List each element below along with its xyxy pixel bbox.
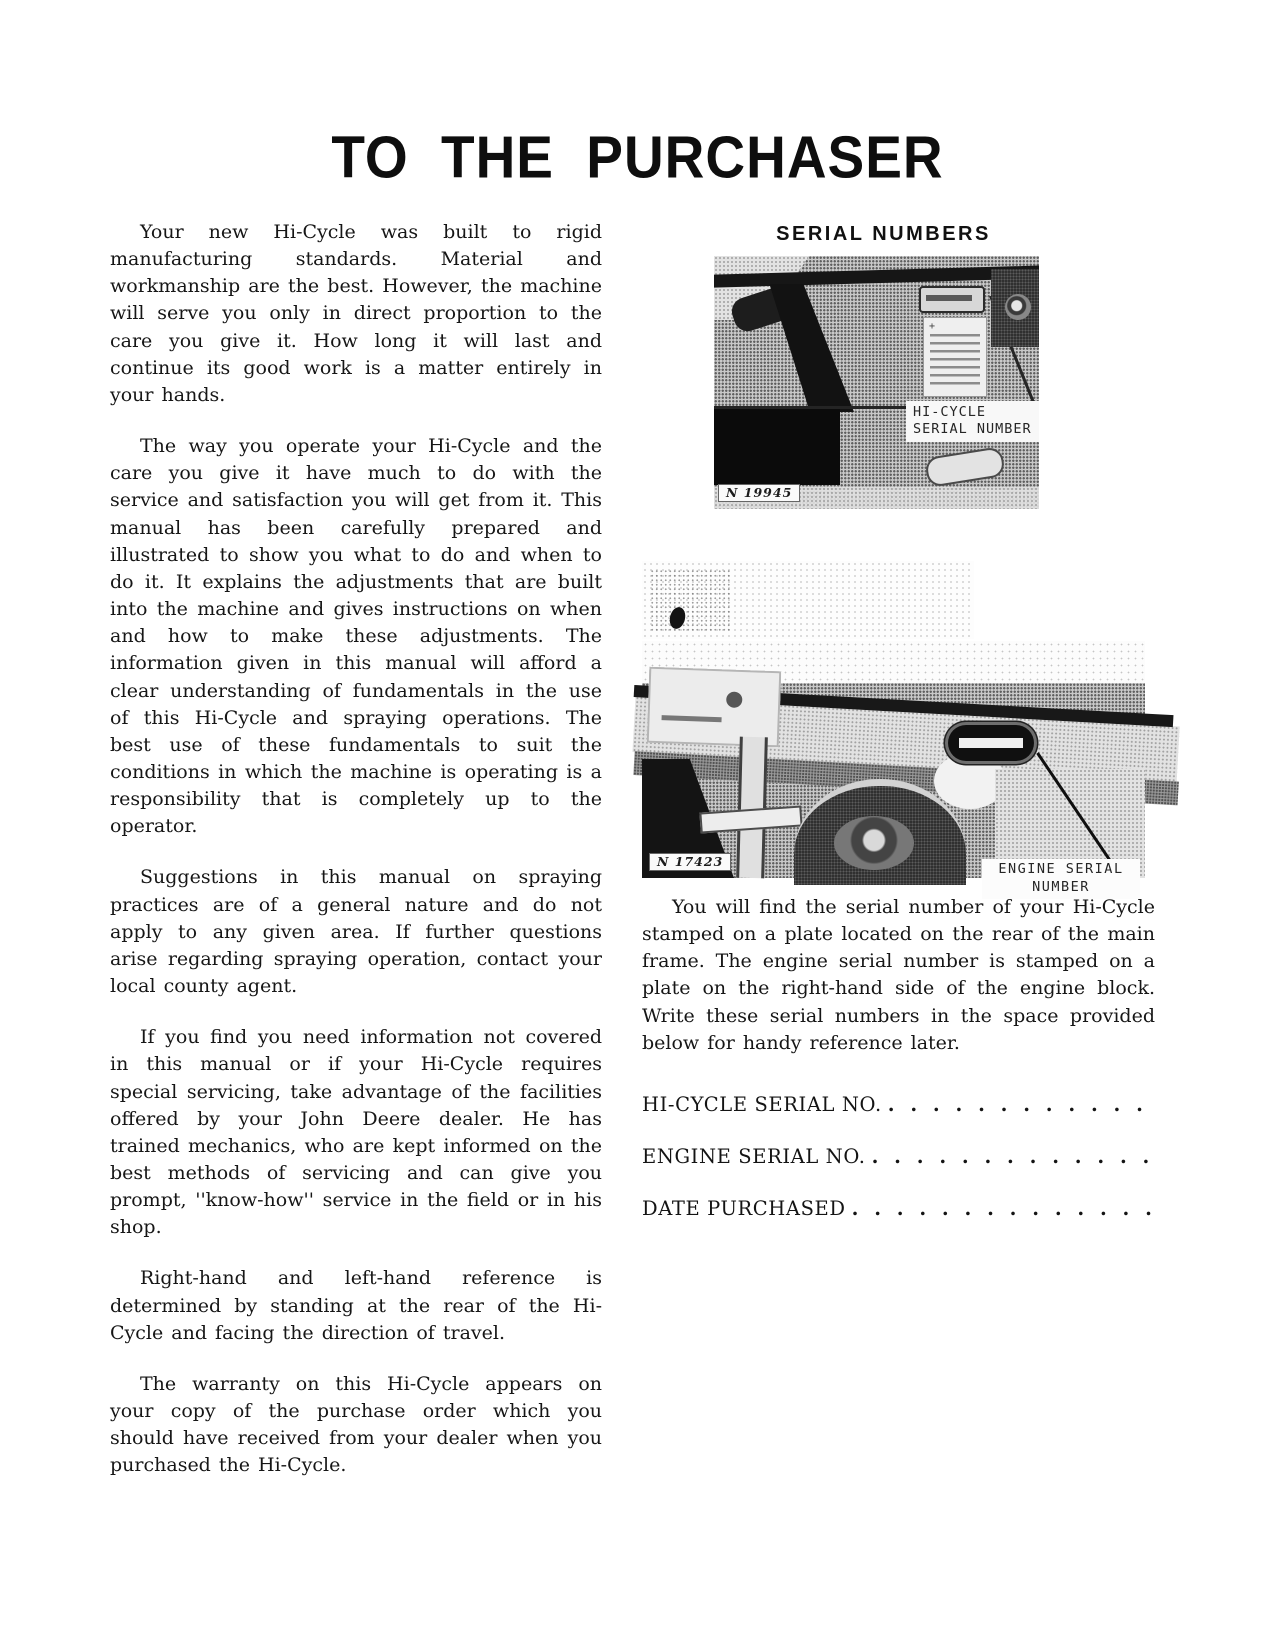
fill-line-label: ENGINE SERIAL NO. bbox=[642, 1145, 866, 1168]
paragraph-serial-instructions: You will find the serial number of your … bbox=[642, 894, 1155, 1057]
dotted-leader: . . . . . . . . . . . . . . . . . bbox=[888, 1093, 1155, 1116]
engine-serial-callout-label: ENGINE SERIAL NUMBER bbox=[982, 859, 1140, 899]
page-content: Your new Hi-Cycle was built to rigid man… bbox=[110, 219, 1155, 1504]
hicycle-serial-number-photo: + HI-CYCLE SERIAL NUMBER N 19945 bbox=[714, 256, 1039, 509]
hicycle-serial-fill-line: HI-CYCLE SERIAL NO. . . . . . . . . . . … bbox=[642, 1093, 1155, 1116]
serial-fill-in-section: HI-CYCLE SERIAL NO. . . . . . . . . . . … bbox=[642, 1093, 1155, 1220]
callout-line-1: ENGINE SERIAL bbox=[986, 861, 1136, 879]
paragraph-suggestions: Suggestions in this manual on spraying p… bbox=[110, 864, 602, 1000]
crossbar-shape bbox=[699, 805, 802, 833]
small-plate-outline bbox=[919, 286, 985, 313]
paragraph-reference: Right-hand and left-hand reference is de… bbox=[110, 1265, 602, 1346]
left-column: Your new Hi-Cycle was built to rigid man… bbox=[110, 219, 602, 1504]
callout-line-1: HI-CYCLE bbox=[913, 404, 1039, 421]
page-title: TO THE PURCHASER bbox=[0, 128, 1275, 187]
engine-serial-number-photo: JOHN DEERE ENGINE SERIAL NUMBER N 17423 bbox=[642, 641, 1145, 878]
right-column: SERIAL NUMBERS + HI-CYCLE SERIAL NUMBER bbox=[642, 219, 1155, 1504]
dotted-leader: . . . . . . . . . . . . . . . . . . bbox=[872, 1145, 1155, 1168]
scan-speckle-patch bbox=[650, 569, 730, 631]
bracket-shape bbox=[647, 667, 782, 748]
serial-numbers-heading: SERIAL NUMBERS bbox=[642, 223, 1125, 246]
hicycle-serial-callout-label: HI-CYCLE SERIAL NUMBER bbox=[906, 401, 1039, 442]
bolt-hole bbox=[726, 691, 743, 708]
paragraph-intro: Your new Hi-Cycle was built to rigid man… bbox=[110, 219, 602, 409]
fill-line-label: HI-CYCLE SERIAL NO. bbox=[642, 1093, 882, 1116]
tube-shape bbox=[924, 446, 1006, 488]
photo-id-tag: N 17423 bbox=[649, 853, 731, 871]
callout-line-2: NUMBER bbox=[986, 879, 1136, 897]
paragraph-warranty: The warranty on this Hi-Cycle appears on… bbox=[110, 1371, 602, 1480]
john-deere-plate-text: JOHN DEERE bbox=[959, 738, 1023, 748]
dotted-leader: . . . . . . . . . . . . . . . . . . bbox=[852, 1197, 1155, 1220]
john-deere-plate: JOHN DEERE bbox=[948, 725, 1034, 761]
housing-hub bbox=[834, 816, 914, 870]
shadow-block bbox=[714, 409, 840, 485]
plate-mark: + bbox=[929, 321, 935, 332]
faded-scan-strip bbox=[642, 561, 974, 639]
paragraph-dealer: If you find you need information not cov… bbox=[110, 1024, 602, 1241]
paragraph-operation: The way you operate your Hi-Cycle and th… bbox=[110, 433, 602, 840]
pulley-shape bbox=[1005, 294, 1031, 320]
bracket-slot bbox=[662, 715, 722, 722]
date-purchased-fill-line: DATE PURCHASED . . . . . . . . . . . . .… bbox=[642, 1197, 1155, 1220]
instruction-plate: + bbox=[924, 318, 986, 396]
photo-id-tag: N 19945 bbox=[718, 484, 800, 502]
callout-line-2: SERIAL NUMBER bbox=[913, 421, 1039, 438]
plate-text-lines bbox=[930, 334, 980, 390]
engine-serial-fill-line: ENGINE SERIAL NO. . . . . . . . . . . . … bbox=[642, 1145, 1155, 1168]
fill-line-label: DATE PURCHASED bbox=[642, 1197, 846, 1220]
shadow-wedge bbox=[762, 284, 854, 412]
